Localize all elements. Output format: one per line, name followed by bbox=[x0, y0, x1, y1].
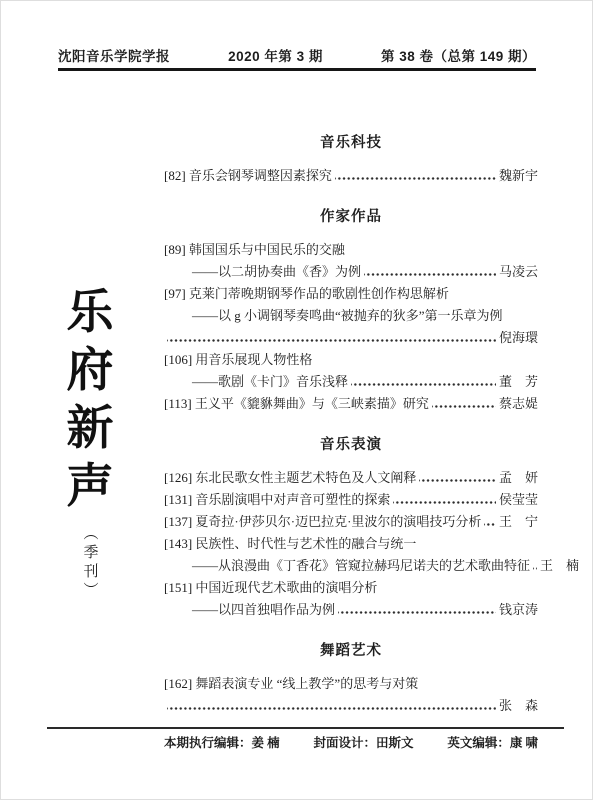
footer-rule bbox=[47, 727, 564, 729]
page-header: 沈阳音乐学院学报 2020 年第 3 期 第 38 卷（总第 149 期） bbox=[58, 45, 536, 65]
dot-leader bbox=[351, 381, 496, 386]
toc-line: [113] 王义平《貔貅舞曲》与《三峡素描》研究 蔡志媞 bbox=[164, 393, 538, 415]
section-lines: [89] 韩国国乐与中国民乐的交融 ——以二胡协奏曲《香》为例 马凌云 [97]… bbox=[164, 239, 538, 415]
toc-line: ——歌剧《卡门》音乐浅释 董 芳 bbox=[164, 371, 538, 393]
toc-line-text: [143] 民族性、时代性与艺术性的融合与统一 bbox=[164, 533, 416, 555]
toc-line: [137] 夏奇拉·伊莎贝尔·迈巴拉克·里波尔的演唱技巧分析 王 宁 bbox=[164, 511, 538, 533]
toc-line-author: 张 森 bbox=[499, 695, 538, 717]
masthead-char: 乐 bbox=[59, 283, 121, 341]
masthead-subtitle: （季刊） bbox=[80, 525, 101, 601]
toc-line: 倪海環 bbox=[164, 327, 538, 349]
toc-line-text: [162] 舞蹈表演专业 “线上教学”的思考与对策 bbox=[164, 673, 418, 695]
dot-leader bbox=[335, 175, 496, 180]
dot-leader bbox=[167, 337, 496, 342]
dot-leader bbox=[364, 271, 496, 276]
section-lines: [82] 音乐会钢琴调整因素探究 魏新宇 bbox=[164, 165, 538, 187]
toc-line-text: ——以 g 小调钢琴奏鸣曲“被抛弃的狄多”第一乐章为例 bbox=[192, 305, 503, 327]
toc-line: [126] 东北民歌女性主题艺术特色及人文阐释 孟 妍 bbox=[164, 467, 538, 489]
dot-leader bbox=[484, 521, 496, 526]
toc-line-author: 董 芳 bbox=[499, 371, 538, 393]
toc-line: 张 森 bbox=[164, 695, 538, 717]
toc-section: 舞蹈艺术 [162] 舞蹈表演专业 “线上教学”的思考与对策 张 森 bbox=[164, 639, 538, 717]
toc-line-author: 王 宁 bbox=[499, 511, 538, 533]
toc-line-text: ——歌剧《卡门》音乐浅释 bbox=[192, 371, 348, 393]
masthead-char: 声 bbox=[59, 457, 121, 515]
toc-line-text: [106] 用音乐展现人物性格 bbox=[164, 349, 312, 371]
toc-line: ——以 g 小调钢琴奏鸣曲“被抛弃的狄多”第一乐章为例 bbox=[164, 305, 538, 327]
toc-line: [162] 舞蹈表演专业 “线上教学”的思考与对策 bbox=[164, 673, 538, 695]
header-rule bbox=[58, 68, 536, 71]
toc-line: [143] 民族性、时代性与艺术性的融合与统一 bbox=[164, 533, 538, 555]
dot-leader bbox=[393, 499, 496, 504]
toc-line-author: 马凌云 bbox=[499, 261, 538, 283]
toc-line-text: [113] 王义平《貔貅舞曲》与《三峡素描》研究 bbox=[164, 393, 429, 415]
toc-line-author: 王 楠 bbox=[540, 555, 579, 577]
toc-sections: 音乐科技 [82] 音乐会钢琴调整因素探究 魏新宇 作家作品 [89] 韩国国乐… bbox=[164, 131, 538, 717]
toc-line-text: [82] 音乐会钢琴调整因素探究 bbox=[164, 165, 332, 187]
page-footer: 本期执行编辑：姜 楠 封面设计：田斯文 英文编辑：康 啸 bbox=[164, 733, 538, 751]
toc-line: [89] 韩国国乐与中国民乐的交融 bbox=[164, 239, 538, 261]
toc-line: [106] 用音乐展现人物性格 bbox=[164, 349, 538, 371]
toc-line: [82] 音乐会钢琴调整因素探究 魏新宇 bbox=[164, 165, 538, 187]
journal-toc-page: 沈阳音乐学院学报 2020 年第 3 期 第 38 卷（总第 149 期） 乐 … bbox=[0, 0, 593, 800]
toc-line-author: 钱京涛 bbox=[499, 599, 538, 621]
toc-line-text: [151] 中国近现代艺术歌曲的演唱分析 bbox=[164, 577, 377, 599]
dot-leader bbox=[533, 565, 537, 570]
section-title: 作家作品 bbox=[164, 205, 538, 226]
toc-line-text: [137] 夏奇拉·伊莎贝尔·迈巴拉克·里波尔的演唱技巧分析 bbox=[164, 511, 481, 533]
footer-item-english-editor: 英文编辑：康 啸 bbox=[447, 733, 538, 751]
toc-line: [151] 中国近现代艺术歌曲的演唱分析 bbox=[164, 577, 538, 599]
toc-line-author: 倪海環 bbox=[499, 327, 538, 349]
toc-line: ——从浪漫曲《丁香花》管窥拉赫玛尼诺夫的艺术歌曲特征 王 楠 bbox=[164, 555, 538, 577]
toc-section: 音乐表演 [126] 东北民歌女性主题艺术特色及人文阐释 孟 妍 [131] 音… bbox=[164, 433, 538, 621]
masthead-char: 府 bbox=[59, 341, 121, 399]
masthead-vertical-title: 乐 府 新 声 （季刊） bbox=[59, 283, 121, 606]
section-lines: [126] 东北民歌女性主题艺术特色及人文阐释 孟 妍 [131] 音乐剧演唱中… bbox=[164, 467, 538, 621]
section-lines: [162] 舞蹈表演专业 “线上教学”的思考与对策 张 森 bbox=[164, 673, 538, 717]
toc-line-author: 孟 妍 bbox=[499, 467, 538, 489]
masthead-char: 新 bbox=[59, 399, 121, 457]
dot-leader bbox=[338, 609, 496, 614]
toc-line-text: ——以二胡协奏曲《香》为例 bbox=[192, 261, 361, 283]
toc-section: 音乐科技 [82] 音乐会钢琴调整因素探究 魏新宇 bbox=[164, 131, 538, 187]
issue-label: 2020 年第 3 期 bbox=[228, 45, 323, 65]
toc-line: ——以四首独唱作品为例 钱京涛 bbox=[164, 599, 538, 621]
section-title: 音乐科技 bbox=[164, 131, 538, 152]
toc-line: [131] 音乐剧演唱中对声音可塑性的探索 侯莹莹 bbox=[164, 489, 538, 511]
toc-line-author: 侯莹莹 bbox=[499, 489, 538, 511]
toc-line-text: [126] 东北民歌女性主题艺术特色及人文阐释 bbox=[164, 467, 416, 489]
toc-line-text: ——以四首独唱作品为例 bbox=[192, 599, 335, 621]
dot-leader bbox=[167, 705, 496, 710]
journal-name: 沈阳音乐学院学报 bbox=[58, 45, 170, 65]
toc-section: 作家作品 [89] 韩国国乐与中国民乐的交融 ——以二胡协奏曲《香》为例 马凌云… bbox=[164, 205, 538, 415]
toc-line-text: [131] 音乐剧演唱中对声音可塑性的探索 bbox=[164, 489, 390, 511]
toc-line-text: ——从浪漫曲《丁香花》管窥拉赫玛尼诺夫的艺术歌曲特征 bbox=[192, 555, 530, 577]
volume-label: 第 38 卷（总第 149 期） bbox=[381, 45, 536, 65]
section-title: 音乐表演 bbox=[164, 433, 538, 454]
toc-line-text: [89] 韩国国乐与中国民乐的交融 bbox=[164, 239, 345, 261]
toc-line: ——以二胡协奏曲《香》为例 马凌云 bbox=[164, 261, 538, 283]
toc-line-author: 魏新宇 bbox=[499, 165, 538, 187]
toc-line: [97] 克莱门蒂晚期钢琴作品的歌剧性创作构思解析 bbox=[164, 283, 538, 305]
section-title: 舞蹈艺术 bbox=[164, 639, 538, 660]
toc-line-author: 蔡志媞 bbox=[499, 393, 538, 415]
toc-line-text: [97] 克莱门蒂晚期钢琴作品的歌剧性创作构思解析 bbox=[164, 283, 449, 305]
dot-leader bbox=[432, 403, 496, 408]
dot-leader bbox=[419, 477, 496, 482]
footer-item-executive-editor: 本期执行编辑：姜 楠 bbox=[164, 733, 280, 751]
footer-item-cover-design: 封面设计：田斯文 bbox=[313, 733, 413, 751]
